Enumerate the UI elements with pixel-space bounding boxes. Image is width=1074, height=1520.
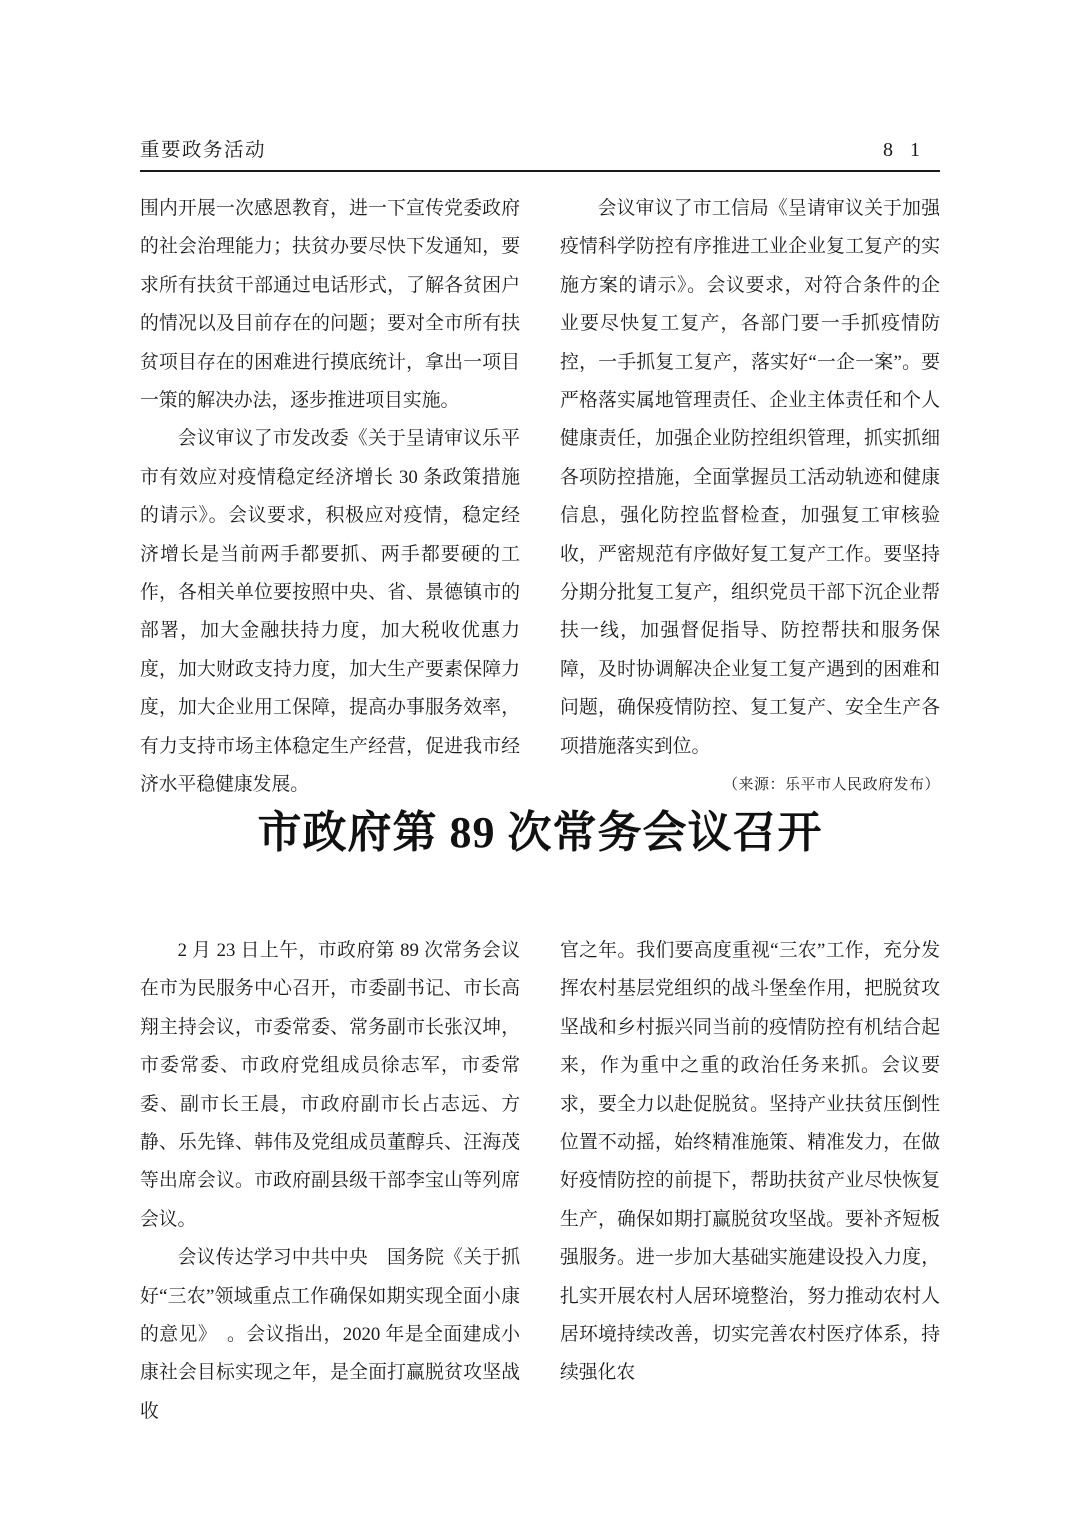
article2-left-paragraph-2: 会议传达学习中共中央 国务院《关于抓好“三农”领域重点工作确保如期实现全面小康的… bbox=[140, 1239, 520, 1431]
page-header: 重要政务活动 8 1 bbox=[140, 134, 940, 162]
article1-left-paragraph-2: 会议审议了市发改委《关于呈请审议乐平市有效应对疫情稳定经济增长 30 条政策措施… bbox=[140, 420, 520, 804]
article2-title: 市政府第 89 次常务会议召开 bbox=[140, 802, 940, 864]
header-rule-divider bbox=[140, 170, 940, 172]
article2-section: 2 月 23 日上午，市政府第 89 次常务会议在市为民服务中心召开，市委副书记… bbox=[140, 932, 940, 1431]
article2-left-column: 2 月 23 日上午，市政府第 89 次常务会议在市为民服务中心召开，市委副书记… bbox=[140, 932, 520, 1431]
article2-right-column: 官之年。我们要高度重视“三农”工作，充分发挥农村基层党组织的战斗堡垒作用，把脱贫… bbox=[560, 932, 940, 1431]
document-page: 重要政务活动 8 1 围内开展一次感恩教育，进一下宣传党委政府的社会治理能力；扶… bbox=[0, 0, 1074, 1520]
article2-right-paragraph-1: 官之年。我们要高度重视“三农”工作，充分发挥农村基层党组织的战斗堡垒作用，把脱贫… bbox=[560, 932, 940, 1393]
page-number: 8 1 bbox=[883, 139, 926, 162]
source-credit: （来源：乐平市人民政府发布） bbox=[685, 766, 940, 804]
article1-left-paragraph-1: 围内开展一次感恩教育，进一下宣传党委政府的社会治理能力；扶贫办要尽快下发通知，要… bbox=[140, 190, 520, 420]
article1-left-column: 围内开展一次感恩教育，进一下宣传党委政府的社会治理能力；扶贫办要尽快下发通知，要… bbox=[140, 190, 520, 805]
article1-right-column: 会议审议了市工信局《呈请审议关于加强疫情科学防控有序推进工业企业复工复产的实施方… bbox=[560, 190, 940, 805]
article1-right-paragraph-1: 会议审议了市工信局《呈请审议关于加强疫情科学防控有序推进工业企业复工复产的实施方… bbox=[560, 190, 940, 766]
article1-right-paragraph-text: 会议审议了市工信局《呈请审议关于加强疫情科学防控有序推进工业企业复工复产的实施方… bbox=[560, 198, 940, 757]
article1-section: 围内开展一次感恩教育，进一下宣传党委政府的社会治理能力；扶贫办要尽快下发通知，要… bbox=[140, 190, 940, 805]
article2-left-paragraph-1: 2 月 23 日上午，市政府第 89 次常务会议在市为民服务中心召开，市委副书记… bbox=[140, 932, 520, 1239]
running-head: 重要政务活动 bbox=[140, 134, 266, 162]
